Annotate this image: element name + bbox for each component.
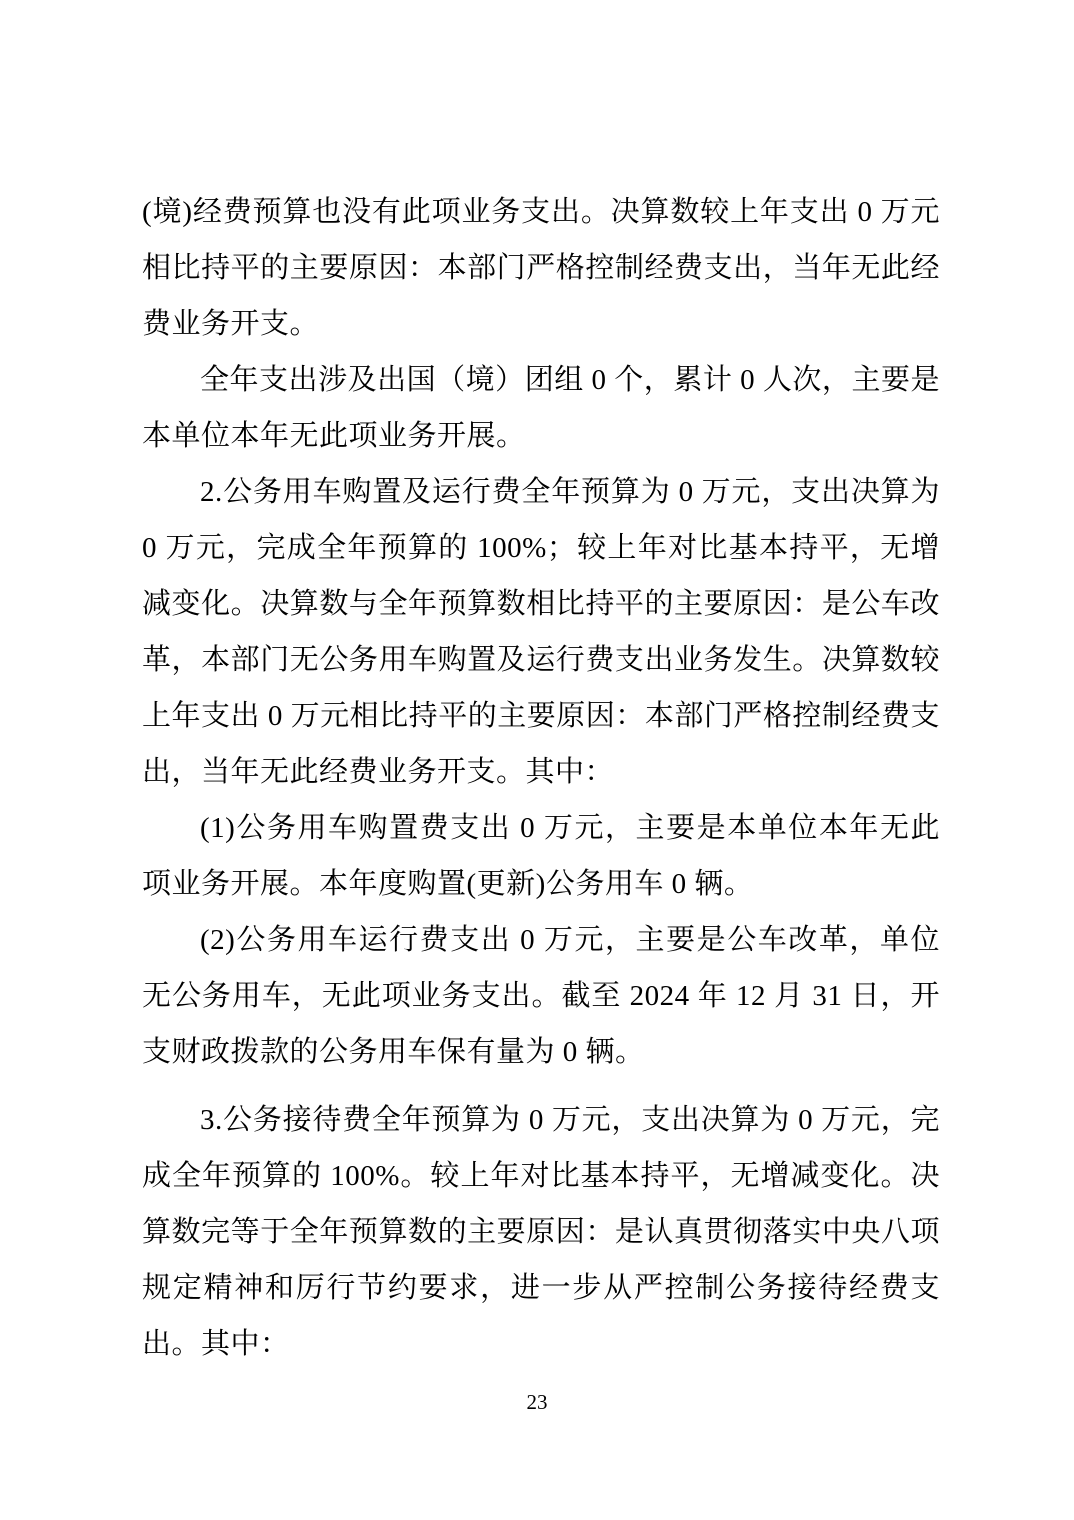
page-number: 23: [0, 1390, 1074, 1414]
paragraph: (境)经费预算也没有此项业务支出。决算数较上年支出 0 万元相比持平的主要原因：…: [142, 184, 940, 352]
paragraph: (1)公务用车购置费支出 0 万元，主要是本单位本年无此项业务开展。本年度购置(…: [142, 800, 940, 912]
paragraph: 3.公务接待费全年预算为 0 万元，支出决算为 0 万元，完成全年预算的 100…: [142, 1092, 940, 1372]
document-page: (境)经费预算也没有此项业务支出。决算数较上年支出 0 万元相比持平的主要原因：…: [0, 0, 1074, 1520]
document-body: (境)经费预算也没有此项业务支出。决算数较上年支出 0 万元相比持平的主要原因：…: [142, 184, 940, 1372]
paragraph: 2.公务用车购置及运行费全年预算为 0 万元，支出决算为 0 万元，完成全年预算…: [142, 464, 940, 800]
paragraph: (2)公务用车运行费支出 0 万元，主要是公车改革，单位无公务用车，无此项业务支…: [142, 912, 940, 1080]
paragraph: 全年支出涉及出国（境）团组 0 个，累计 0 人次，主要是本单位本年无此项业务开…: [142, 352, 940, 464]
